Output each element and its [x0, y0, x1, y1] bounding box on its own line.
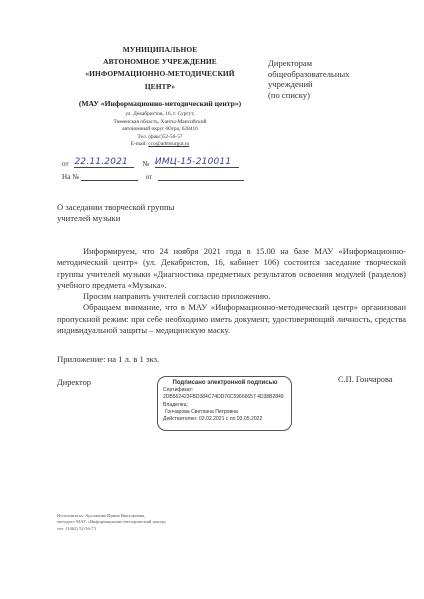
email-link[interactable]: cco@admsurgut.ru: [148, 141, 189, 147]
address-line: Тел. (факс)52-56-57: [62, 134, 258, 142]
reference-row: от 22.11.2021 № ИМЦ-15-210011: [62, 157, 239, 168]
subject-line: О заседании творческой группы: [57, 202, 174, 213]
certificate-value: 2DB562423FBD384C74DD76C59666657 4D38B284…: [163, 394, 287, 401]
body-paragraph: Обращаем внимание, что в МАУ «Информацио…: [57, 302, 406, 336]
address-line: ул. Декабристов, 16, г. Сургут,: [62, 111, 258, 119]
recipient-line: Директорам: [268, 58, 408, 69]
body-paragraph: Информируем, что 24 ноября 2021 года в 1…: [57, 246, 406, 291]
reply-label: На №: [62, 173, 79, 181]
e-signature-stamp: Подписано электронной подписью Сертифика…: [157, 376, 292, 431]
reply-from-label: от: [146, 173, 153, 181]
body-paragraph: Просим направить учителей согласно прило…: [57, 291, 406, 302]
organization-address: ул. Декабристов, 16, г. Сургут, Тюменска…: [62, 111, 258, 149]
recipient-line: общеобразовательных: [268, 69, 408, 80]
reply-date-field: [158, 170, 244, 181]
appendix-note: Приложение: на 1 л. в 1 экз.: [57, 354, 159, 364]
reply-reference-row: На № от: [62, 170, 244, 181]
address-line: автономный округ-Югра, 628416: [62, 126, 258, 134]
recipient-block: Директорам общеобразовательных учреждени…: [268, 58, 408, 100]
email-label: E-mail:: [131, 141, 149, 147]
executor-line: тел. (3462) 52-56-73: [57, 526, 166, 532]
owner-label: Владелец:: [163, 402, 287, 409]
recipient-line: учреждений: [268, 79, 408, 90]
org-name-line: «ИНФОРМАЦИОННО-МЕТОДИЧЕСКИЙ: [62, 68, 258, 80]
signatory-name: С.П. Гончарова: [338, 375, 393, 384]
org-name-line: ЦЕНТР»: [62, 81, 258, 93]
validity: Действителен: 03.02.2021 с по 03.05.2022: [163, 416, 287, 423]
stamp-title: Подписано электронной подписью: [163, 379, 287, 387]
recipient-line: (по списку): [268, 90, 408, 101]
certificate-label: Сертификат:: [163, 387, 287, 394]
document-number: ИМЦ-15-210011: [155, 157, 231, 167]
from-label: от: [62, 160, 69, 168]
signatory-role: Директор: [57, 378, 91, 387]
reply-number-field: [81, 170, 138, 181]
organization-short-name: (МАУ «Информационно-методический центр»): [62, 99, 258, 108]
document-date: 22.11.2021: [74, 157, 128, 167]
subject: О заседании творческой группы учителей м…: [57, 202, 174, 224]
organization-name: МУНИЦИПАЛЬНОЕ АВТОНОМНОЕ УЧРЕЖДЕНИЕ «ИНФ…: [62, 44, 258, 93]
org-name-line: АВТОНОМНОЕ УЧРЕЖДЕНИЕ: [62, 56, 258, 68]
email-line: E-mail: cco@admsurgut.ru: [62, 141, 258, 149]
number-label: №: [142, 160, 149, 168]
org-name-line: МУНИЦИПАЛЬНОЕ: [62, 44, 258, 56]
letter-body: Информируем, что 24 ноября 2021 года в 1…: [57, 246, 406, 336]
executor-line: методист МАУ «Информационно-методический…: [57, 519, 166, 525]
executor-info: Исполнитель: Арсланова Ирина Викторовна,…: [57, 513, 166, 532]
subject-line: учителей музыки: [57, 213, 174, 224]
